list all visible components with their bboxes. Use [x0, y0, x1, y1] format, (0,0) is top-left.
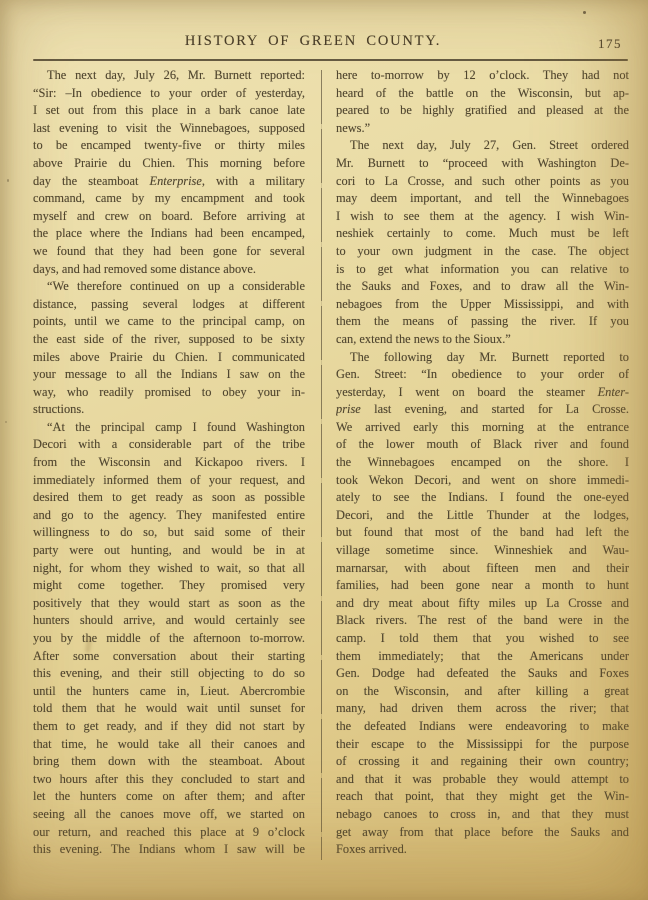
text-line: your message to all the Indians I saw on… — [33, 366, 305, 384]
text-line: party were out hunting, and would be in … — [33, 542, 305, 560]
ink-speck — [7, 179, 9, 182]
paragraph: The following day Mr. Burnett reported t… — [336, 349, 629, 859]
text-line: from the Wisconsin and Kickapoo rivers. … — [33, 454, 305, 472]
text-line: can, extend the news to the Sioux.” — [336, 331, 629, 349]
text-line: you by the middle of the afternoon to-mo… — [33, 630, 305, 648]
text-line: Mr. Burnett to “proceed with Washington … — [336, 155, 629, 173]
text-line: last evening to visit the Winnebagoes, s… — [33, 120, 305, 138]
text-line: The following day Mr. Burnett reported t… — [336, 349, 629, 367]
text-line: told them that he would wait until sunse… — [33, 700, 305, 718]
text-line: myself and crew on board. Before arrivin… — [33, 208, 305, 226]
text-line: village sometime since. Winneshiek and W… — [336, 542, 629, 560]
paragraph: The next day, July 26, Mr. Burnett repor… — [33, 67, 305, 278]
text-line: this evening, and their still objecting … — [33, 665, 305, 683]
text-line: our return, and reached this place at 9 … — [33, 824, 305, 842]
text-line: ately to see the Indians. I found the on… — [336, 489, 629, 507]
text-line: the east side of the river, supposed to … — [33, 331, 305, 349]
text-line: day the steamboat Enterprise, with a mil… — [33, 173, 305, 191]
paragraph: “At the principal camp I found Washingto… — [33, 419, 305, 859]
text-line: their escape to the Mississippi for the … — [336, 736, 629, 754]
text-line: prise last evening, and started for La C… — [336, 401, 629, 419]
text-line: willingness to do so, but said some of t… — [33, 524, 305, 542]
page-number: 175 — [598, 36, 622, 52]
text-line: the Sauks and Foxes, and to draw all the… — [336, 278, 629, 296]
text-line: way, who readily promised to obey your i… — [33, 384, 305, 402]
text-line: yesterday, I went on board the steamer E… — [336, 384, 629, 402]
text-line: days, and had removed some distance abov… — [33, 261, 305, 279]
text-line: The next day, July 27, Gen. Street order… — [336, 137, 629, 155]
text-line: to your own judgment in the case. The ob… — [336, 243, 629, 261]
text-line: cori to La Crosse, and such other points… — [336, 173, 629, 191]
text-line: positively that they would start as soon… — [33, 595, 305, 613]
text-line: them to get ready, and if they did not s… — [33, 718, 305, 736]
text-line: families, had been gone near a month to … — [336, 577, 629, 595]
text-line: “At the principal camp I found Washingto… — [33, 419, 305, 437]
text-line: of the lower mouth of Black river and fo… — [336, 436, 629, 454]
text-line: and go to the agency. They manifested en… — [33, 507, 305, 525]
text-line: distance, passing several lodges at diff… — [33, 296, 305, 314]
text-line: Decori, and the Little Thunder at the lo… — [336, 507, 629, 525]
text-line: seeing all the canoes move off, we start… — [33, 806, 305, 824]
text-line: above Prairie du Chien. This morning bef… — [33, 155, 305, 173]
text-line: nebagoes from the Upper Mississippi, and… — [336, 296, 629, 314]
text-line: “Sir: –In obedience to your order of yes… — [33, 85, 305, 103]
paragraph: “We therefore continued on up a consider… — [33, 278, 305, 419]
text-line: bring them down with the steamboat. Abou… — [33, 753, 305, 771]
text-line: here to-morrow by 12 o’clock. They had n… — [336, 67, 629, 85]
text-line: get away from that place before the Sauk… — [336, 824, 629, 842]
text-line: took Wekon Decori, and went on shore imm… — [336, 472, 629, 490]
text-line: neshiek certainly to come. Much must be … — [336, 225, 629, 243]
text-line: to be encamped twenty-five or thirty mil… — [33, 137, 305, 155]
text-line: Decori with a considerable part of the t… — [33, 436, 305, 454]
text-line: I wish to see them at the agency. I wish… — [336, 208, 629, 226]
text-line: I set out from this place in a bark cano… — [33, 102, 305, 120]
ink-speck — [619, 217, 621, 219]
text-line: structions. — [33, 401, 305, 419]
text-line: but found that most of the band had left… — [336, 524, 629, 542]
text-line: After some conversation about their star… — [33, 648, 305, 666]
text-line: command, came by my encampment and took — [33, 190, 305, 208]
paragraph: here to-morrow by 12 o’clock. They had n… — [336, 67, 629, 137]
text-line: until the hunters came in, Lieut. Abercr… — [33, 683, 305, 701]
paragraph: The next day, July 27, Gen. Street order… — [336, 137, 629, 348]
text-column-right: here to-morrow by 12 o’clock. They had n… — [336, 67, 629, 859]
text-line: The next day, July 26, Mr. Burnett repor… — [33, 67, 305, 85]
text-line: many, had driven them across the river; … — [336, 700, 629, 718]
text-line: desired them to get ready as soon as pos… — [33, 489, 305, 507]
text-line: Gen. Street: “In obedience to your order… — [336, 366, 629, 384]
text-line: nebago canoes to cross in, and that they… — [336, 806, 629, 824]
text-line: marnarsar, with about fifteen men and th… — [336, 560, 629, 578]
text-line: and dry meat about fifty miles up La Cro… — [336, 595, 629, 613]
text-column-left: The next day, July 26, Mr. Burnett repor… — [33, 67, 305, 859]
text-line: let the hunters come on after them; and … — [33, 788, 305, 806]
text-line: we found that they had been gone for sev… — [33, 243, 305, 261]
text-line: of crossing it and regaining their own c… — [336, 753, 629, 771]
text-line: news.” — [336, 120, 629, 138]
text-line: miles above Prairie du Chien. I communic… — [33, 349, 305, 367]
text-line: immediately informed them of your reques… — [33, 472, 305, 490]
text-line: Black rivers. The rest of the band were … — [336, 612, 629, 630]
text-line: hunters should arrive, and would certain… — [33, 612, 305, 630]
text-line: the defeated Indians were endeavoring to… — [336, 718, 629, 736]
text-line: the Winnebagoes encamped on the shore. I — [336, 454, 629, 472]
text-line: Gen. Dodge had defeated the Sauks and Fo… — [336, 665, 629, 683]
header-rule — [33, 59, 628, 61]
page-title: HISTORY OF GREEN COUNTY. — [33, 33, 593, 50]
text-line: Foxes arrived. — [336, 841, 629, 859]
column-divider — [321, 70, 322, 860]
text-line: may deem important, and tell the Winneba… — [336, 190, 629, 208]
text-line: them immediately; that the Americans und… — [336, 648, 629, 666]
text-line: heard of the battle on the Wisconsin, bu… — [336, 85, 629, 103]
text-line: We arrived early this morning at the ent… — [336, 419, 629, 437]
text-line: that time, he would take all their canoe… — [33, 736, 305, 754]
text-line: reach that point, that they might get th… — [336, 788, 629, 806]
text-line: and that it was probable they would atte… — [336, 771, 629, 789]
text-line: peared to be highly gratified and please… — [336, 102, 629, 120]
text-line: camp. I told them that you wished to see — [336, 630, 629, 648]
text-line: the place where the Indians had been enc… — [33, 225, 305, 243]
book-page: HISTORY OF GREEN COUNTY. 175 The next da… — [0, 0, 648, 900]
text-line: is to get what information you can relat… — [336, 261, 629, 279]
text-line: them the means of passing the river. If … — [336, 313, 629, 331]
text-line: might come together. They promised very — [33, 577, 305, 595]
text-line: this evening. The Indians whom I saw wil… — [33, 841, 305, 859]
text-line: points, until we came to the principal c… — [33, 313, 305, 331]
text-line: two hours after this they concluded to s… — [33, 771, 305, 789]
ink-speck — [583, 11, 586, 14]
text-line: on the Wisconsin, and after killing a gr… — [336, 683, 629, 701]
text-line: night, for whom they wished to wait, so … — [33, 560, 305, 578]
text-line: “We therefore continued on up a consider… — [33, 278, 305, 296]
ink-speck — [5, 421, 7, 423]
